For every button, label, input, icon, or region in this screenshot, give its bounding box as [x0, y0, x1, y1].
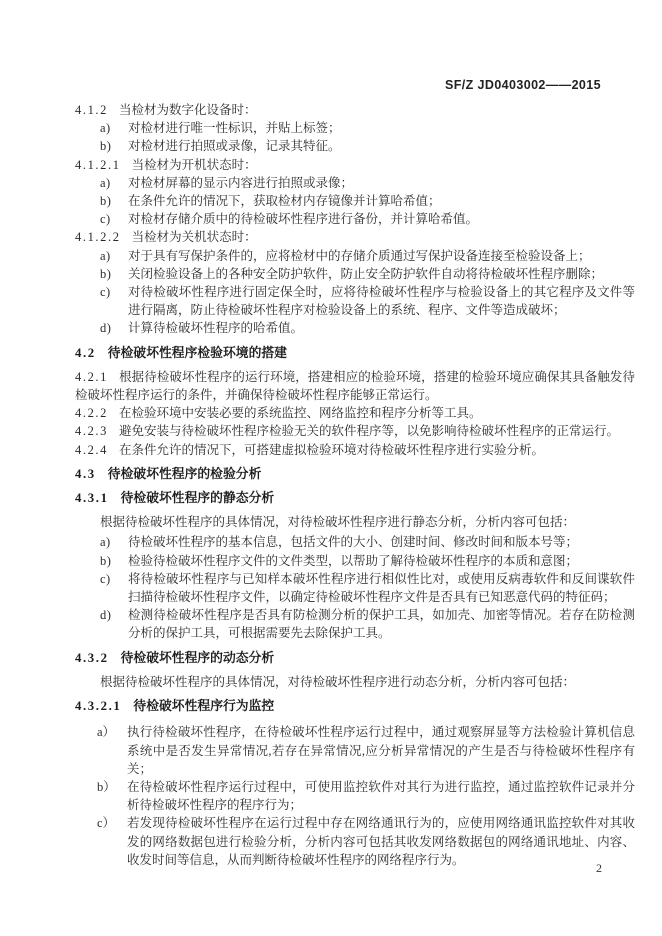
list-item-text: 检测待检破坏性程序是否具有防检测分析的保护工具，如加壳、加密等情况。若存在防检测…: [128, 608, 635, 640]
section-number: 4.3.1: [75, 491, 109, 505]
clause-title-line: 4.1.2.1当检材为开机状态时：: [75, 156, 635, 174]
list-item-label: b): [100, 552, 111, 570]
list-item-label: c): [100, 570, 111, 588]
clause-4-2-3: 4.2.3避免安装与待检破坏性程序检验无关的软件程序等，以免影响待检破坏性程序的…: [75, 422, 635, 440]
list-item: c)对待检破坏性程序进行固定保全时，应将待检破坏性程序与检验设备上的其它程序及文…: [75, 283, 635, 319]
paragraph-static-analysis-intro: 根据待检破坏性程序的具体情况，对待检破坏性程序进行静态分析，分析内容可包括：: [75, 513, 635, 531]
list-item: a)对检材屏幕的显示内容进行拍照或录像；: [75, 174, 635, 192]
list-item-label: b): [100, 137, 111, 155]
clause-4-1-2: 4.1.2当检材为数字化设备时： a)对检材进行唯一性标识，并贴上标签； b)对…: [75, 101, 635, 156]
list-item-text: 对检材屏幕的显示内容进行拍照或录像；: [128, 176, 353, 190]
document-body: 4.1.2当检材为数字化设备时： a)对检材进行唯一性标识，并贴上标签； b)对…: [75, 101, 635, 869]
section-heading-4-3: 4.3待检破坏性程序的检验分析: [75, 465, 635, 483]
static-analysis-list: a)待检破坏性程序的基本信息，包括文件的大小、创建时间、修改时间和版本号等； b…: [75, 533, 635, 642]
list-item: a)待检破坏性程序的基本信息，包括文件的大小、创建时间、修改时间和版本号等；: [75, 533, 635, 551]
list-item-label: b）: [97, 778, 116, 796]
list-item: c)将待检破坏性程序与已知样本破坏性程序进行相似性比对，或使用反病毒软件和反间谍…: [75, 570, 635, 606]
section-title: 待检破坏性程序检验环境的搭建: [108, 346, 287, 360]
clause-number: 4.1.2: [75, 103, 108, 117]
list-item: a)对于具有写保护条件的，应将检材中的存储介质通过写保护设备连接至检验设备上；: [75, 247, 635, 265]
section-number: 4.2: [75, 346, 96, 360]
list-item-text: 在待检破坏性程序运行过程中，可使用监控软件对其行为进行监控，通过监控软件记录并分…: [127, 780, 635, 812]
list-item-text: 关闭检验设备上的各种安全防护软件，防止安全防护软件自动将待检破坏性程序删除；: [128, 267, 603, 281]
clause-text: 在条件允许的情况下，可搭建虚拟检验环境对待检破坏性程序进行实验分析。: [119, 443, 544, 457]
list-item-text: 将待检破坏性程序与已知样本破坏性程序进行相似性比对，或使用反病毒软件和反间谍软件…: [128, 572, 635, 604]
document-page: SF/Z JD0403002——2015 4.1.2当检材为数字化设备时： a)…: [0, 0, 662, 936]
clause-4-2-2: 4.2.2在检验环境中安装必要的系统监控、网络监控和程序分析等工具。: [75, 404, 635, 422]
list-item-text: 对检材进行唯一性标识，并贴上标签；: [128, 121, 341, 135]
list-item-label: a): [100, 174, 111, 192]
clause-4-2-4: 4.2.4在条件允许的情况下，可搭建虚拟检验环境对待检破坏性程序进行实验分析。: [75, 441, 635, 459]
list-item: b)对检材进行拍照或录像，记录其特征。: [75, 137, 635, 155]
clause-number: 4.1.2.2: [75, 230, 121, 244]
section-heading-4-3-2-1: 4.3.2.1待检破坏性程序行为监控: [75, 697, 635, 715]
clause-4-1-2-1: 4.1.2.1当检材为开机状态时： a)对检材屏幕的显示内容进行拍照或录像； b…: [75, 156, 635, 229]
list-item-text: 检验待检破坏性程序文件的文件类型，以帮助了解待检破坏性程序的本质和意图；: [128, 554, 578, 568]
list-item: b)检验待检破坏性程序文件的文件类型，以帮助了解待检破坏性程序的本质和意图；: [75, 552, 635, 570]
list-item-text: 对待检破坏性程序进行固定保全时，应将待检破坏性程序与检验设备上的其它程序及文件等…: [128, 285, 635, 317]
clause-title: 当检材为关机状态时：: [132, 230, 257, 244]
list-item-text: 待检破坏性程序的基本信息，包括文件的大小、创建时间、修改时间和版本号等；: [128, 535, 578, 549]
list-item-text: 在条件允许的情况下，获取检材内存镜像并计算哈希值；: [128, 194, 441, 208]
section-title: 待检破坏性程序的静态分析: [121, 491, 275, 505]
clause-text: 在检验环境中安装必要的系统监控、网络监控和程序分析等工具。: [119, 406, 482, 420]
section-number: 4.3.2.1: [75, 699, 121, 713]
list-item-label: c）: [97, 814, 115, 832]
section-title: 待检破坏性程序行为监控: [133, 699, 274, 713]
list-item-label: d): [100, 606, 111, 624]
clause-4-1-2-2: 4.1.2.2当检材为关机状态时： a)对于具有写保护条件的，应将检材中的存储介…: [75, 228, 635, 337]
clause-title-line: 4.1.2当检材为数字化设备时：: [75, 101, 635, 119]
list-item: b)关闭检验设备上的各种安全防护软件，防止安全防护软件自动将待检破坏性程序删除；: [75, 265, 635, 283]
list-item-text: 执行待检破坏性程序，在待检破坏性程序运行过程中，通过观察屏显等方法检验计算机信息…: [127, 725, 635, 775]
section-number: 4.3.2: [75, 651, 109, 665]
list-item-text: 若发现待检破坏性程序在运行过程中存在网络通讯行为的，应使用网络通讯监控软件对其收…: [127, 816, 635, 866]
section-heading-4-3-1: 4.3.1待检破坏性程序的静态分析: [75, 489, 635, 507]
list-item: d)计算待检破坏性程序的哈希值。: [75, 319, 635, 337]
list-item-label: c): [100, 210, 111, 228]
page-number: 2: [596, 859, 602, 877]
list-item-text: 对于具有写保护条件的，应将检材中的存储介质通过写保护设备连接至检验设备上；: [128, 249, 591, 263]
section-title: 待检破坏性程序的检验分析: [108, 467, 262, 481]
section-heading-4-2: 4.2待检破坏性程序检验环境的搭建: [75, 344, 635, 362]
list-item-label: a): [100, 247, 111, 265]
list-item-text: 对检材存储介质中的待检破坏性程序进行备份，并计算哈希值。: [128, 212, 478, 226]
clause-title: 当检材为开机状态时：: [132, 158, 257, 172]
list-item: b）在待检破坏性程序运行过程中，可使用监控软件对其行为进行监控，通过监控软件记录…: [75, 778, 635, 814]
behavior-monitoring-list: a）执行待检破坏性程序，在待检破坏性程序运行过程中，通过观察屏显等方法检验计算机…: [75, 723, 635, 869]
list-item: d)检测待检破坏性程序是否具有防检测分析的保护工具，如加壳、加密等情况。若存在防…: [75, 606, 635, 642]
list-item: a)对检材进行唯一性标识，并贴上标签；: [75, 119, 635, 137]
list-item: c)对检材存储介质中的待检破坏性程序进行备份，并计算哈希值。: [75, 210, 635, 228]
list-item-label: b): [100, 265, 111, 283]
clause-text: 根据待检破坏性程序的运行环境，搭建相应的检验环境，搭建的检验环境应确保其具备触发…: [75, 370, 635, 402]
clause-title-line: 4.1.2.2当检材为关机状态时：: [75, 228, 635, 246]
clause-number: 4.2.2: [75, 406, 108, 420]
clause-number: 4.2.3: [75, 424, 108, 438]
document-standard-number: SF/Z JD0403002——2015: [445, 76, 601, 94]
clause-text: 避免安装与待检破坏性程序检验无关的软件程序等，以免影响待检破坏性程序的正常运行。: [119, 424, 619, 438]
list-item-text: 对检材进行拍照或录像，记录其特征。: [128, 139, 341, 153]
clause-number: 4.2.1: [75, 370, 108, 384]
list-item-text: 计算待检破坏性程序的哈希值。: [128, 321, 303, 335]
section-number: 4.3: [75, 467, 96, 481]
clause-number: 4.2.4: [75, 443, 108, 457]
list-item-label: a): [100, 119, 111, 137]
list-item: a）执行待检破坏性程序，在待检破坏性程序运行过程中，通过观察屏显等方法检验计算机…: [75, 723, 635, 778]
section-title: 待检破坏性程序的动态分析: [121, 651, 275, 665]
paragraph-dynamic-analysis-intro: 根据待检破坏性程序的具体情况，对待检破坏性程序进行动态分析，分析内容可包括：: [75, 673, 635, 691]
list-item-label: d): [100, 319, 111, 337]
list-item: c）若发现待检破坏性程序在运行过程中存在网络通讯行为的，应使用网络通讯监控软件对…: [75, 814, 635, 869]
list-item-label: a）: [97, 723, 115, 741]
list-item-label: c): [100, 283, 111, 301]
list-item-label: a): [100, 533, 111, 551]
clause-title: 当检材为数字化设备时：: [119, 103, 257, 117]
section-heading-4-3-2: 4.3.2待检破坏性程序的动态分析: [75, 649, 635, 667]
list-item-label: b): [100, 192, 111, 210]
clause-4-2-1: 4.2.1根据待检破坏性程序的运行环境，搭建相应的检验环境，搭建的检验环境应确保…: [75, 368, 635, 404]
clause-number: 4.1.2.1: [75, 158, 121, 172]
list-item: b)在条件允许的情况下，获取检材内存镜像并计算哈希值；: [75, 192, 635, 210]
